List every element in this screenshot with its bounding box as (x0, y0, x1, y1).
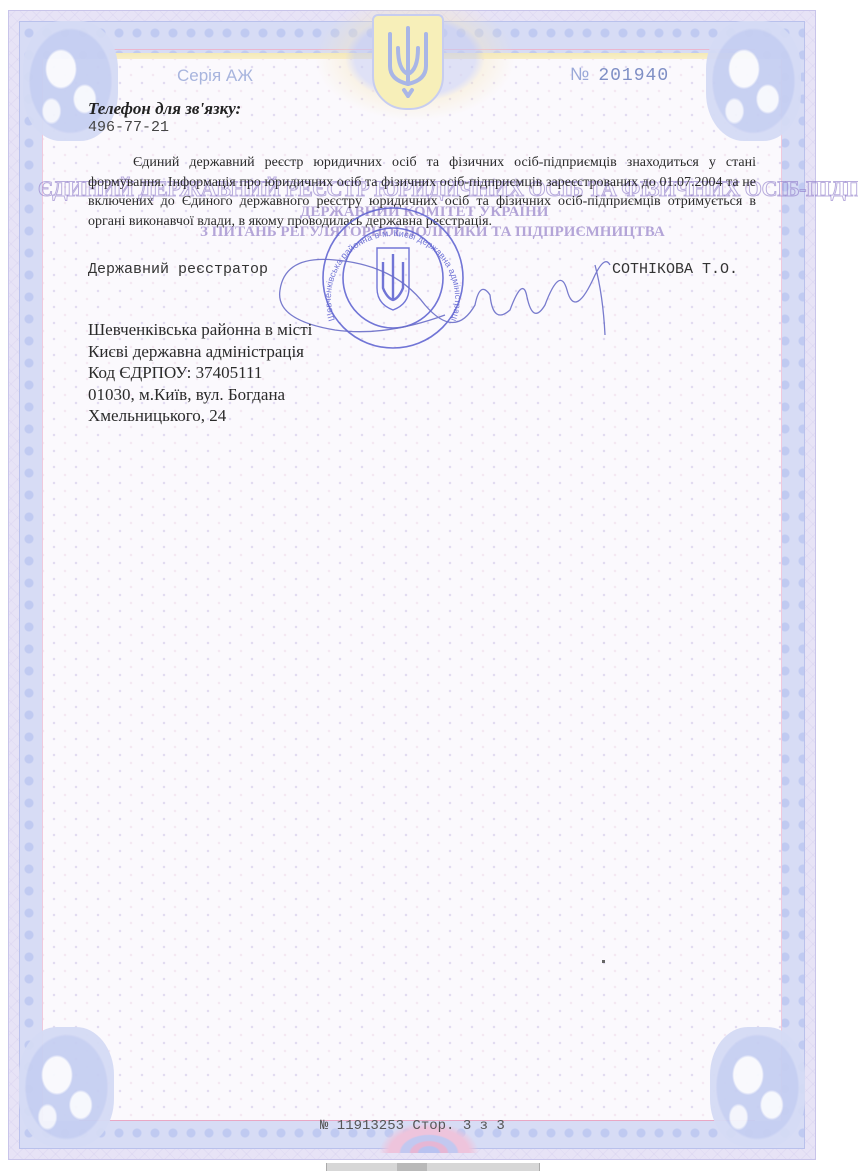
authority-line: Код ЄДРПОУ: 37405111 (88, 362, 312, 384)
authority-line: Шевченківська районна в місті (88, 319, 312, 341)
scrollbar-thumb[interactable] (397, 1163, 427, 1171)
corner-ornament-icon (710, 1027, 805, 1147)
authority-line: Києві державна адміністрація (88, 341, 312, 363)
form-number: №201940 (570, 64, 669, 86)
corner-ornament-icon (706, 21, 801, 141)
authority-line: 01030, м.Київ, вул. Богдана (88, 384, 312, 406)
signature-icon (275, 235, 615, 345)
registrar-name: СОТНІКОВА Т.О. (612, 261, 738, 278)
horizontal-scrollbar[interactable] (326, 1163, 540, 1171)
corner-ornament-icon (19, 1027, 114, 1147)
number-sign: № (570, 64, 590, 84)
page-footer: № 11913253 Стор. 3 з 3 (320, 1118, 505, 1134)
number-value: 201940 (598, 66, 669, 86)
scan-speck (602, 960, 605, 963)
registrar-label: Державний реєстратор (88, 261, 268, 278)
phone-value: 496-77-21 (88, 119, 169, 136)
authority-line: Хмельницького, 24 (88, 405, 312, 427)
coat-of-arms-icon (372, 14, 444, 110)
phone-label: Телефон для зв'язку: (88, 99, 241, 119)
issuing-authority: Шевченківська районна в місті Києві держ… (88, 319, 312, 427)
series-label: Серія АЖ (177, 66, 253, 86)
